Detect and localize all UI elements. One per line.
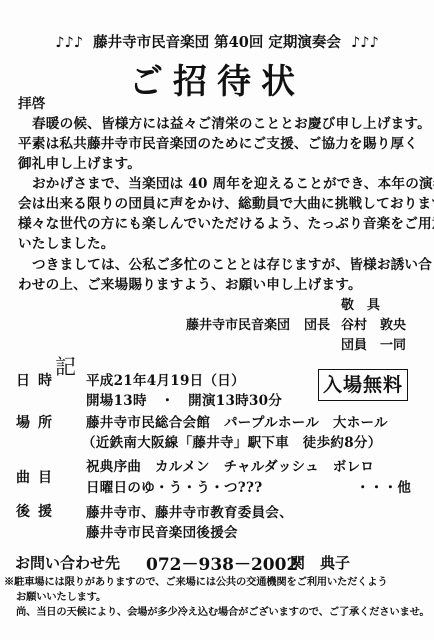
contact-name: 関 典子 <box>290 552 350 573</box>
contact-label: お問い合わせ先 <box>15 552 120 573</box>
body-line: 春暖の候、皆様方には益々ご清栄のこととお慶び申し上げます。 <box>32 114 431 134</box>
music-notes-icon: ♪♪♪ <box>351 34 379 51</box>
greeting: 拝啓 <box>18 94 46 114</box>
signature-leader: 谷村 敦央 <box>341 314 406 333</box>
body-line: 会は出来る限りの団員に声をかけ、総動員で大曲に挑戦しております。 <box>18 194 434 214</box>
weather-note: 尚、当日の天候により、会場が多少冷え込む場合がございますので、ご了承くださいませ… <box>16 603 429 618</box>
body-line: 様々な世代の方にも楽しんでいただけるよう、たっぷり音楽をご用意 <box>18 214 434 234</box>
concert-title-line: 藤井寺市民音楽団 第40回 定期演奏会 <box>93 34 341 51</box>
support-line1: 藤井寺市、藤井寺市教育委員会、 <box>86 501 293 521</box>
body-line: おかげさまで、当楽団は 40 周年を迎えることができ、本年の演奏 <box>32 174 434 194</box>
body-line: 平素は私共藤井寺市民音楽団のためにご支援、ご協力を賜り厚く <box>18 134 418 154</box>
free-admission-badge: 入場無料 <box>318 369 408 401</box>
program-etc: ・・・他 <box>356 476 411 496</box>
program-line2: 日曜日のゆ・う・う・つ??? <box>86 476 262 496</box>
concert-header: ♪♪♪ 藤井寺市民音楽団 第40回 定期演奏会 ♪♪♪ <box>0 31 434 52</box>
parking-note-cont: お願いいたします。 <box>16 588 106 603</box>
music-notes-icon: ♪♪♪ <box>55 34 83 51</box>
venue-access: （近鉄南大阪線「藤井寺」駅下車 徒歩約8分） <box>82 431 382 451</box>
contact-phone: 072－938－2002 <box>146 550 298 575</box>
parking-note: ※駐車場には限りがありますので、ご来場には公共の交通機関をご利用いただくよう <box>4 573 387 588</box>
body-line: つきましては、公私ご多忙のこととは存じますが、皆様お誘い合 <box>32 255 432 275</box>
datetime-label: 日時 <box>16 370 60 390</box>
program-line1: 祝典序曲 カルメン チャルダッシュ ボレロ <box>86 455 374 475</box>
signature-role: 団長 <box>304 314 330 333</box>
signature-members: 団員 一同 <box>341 334 406 353</box>
invitation-title: ご招待状 <box>0 54 434 103</box>
keigu: 敬 具 <box>341 294 380 313</box>
support-line2: 藤井寺市民音楽団後援会 <box>86 521 238 541</box>
datetime-date: 平成21年4月19日（日） <box>86 369 245 389</box>
body-line: 御礼申し上げます。 <box>18 154 141 174</box>
venue-name: 藤井寺市民総合会館 パープルホール 大ホール <box>86 411 388 431</box>
body-line: わせの上、ご来場賜りますよう、お願い申し上げます。 <box>18 275 362 295</box>
support-label: 後援 <box>16 501 60 521</box>
venue-label: 場所 <box>16 412 60 432</box>
datetime-times: 開場13時 ・ 開演13時30分 <box>86 389 282 409</box>
signature-org: 藤井寺市民音楽団 <box>186 314 290 333</box>
body-line: いたしました。 <box>18 234 115 254</box>
program-label: 曲目 <box>16 467 60 487</box>
